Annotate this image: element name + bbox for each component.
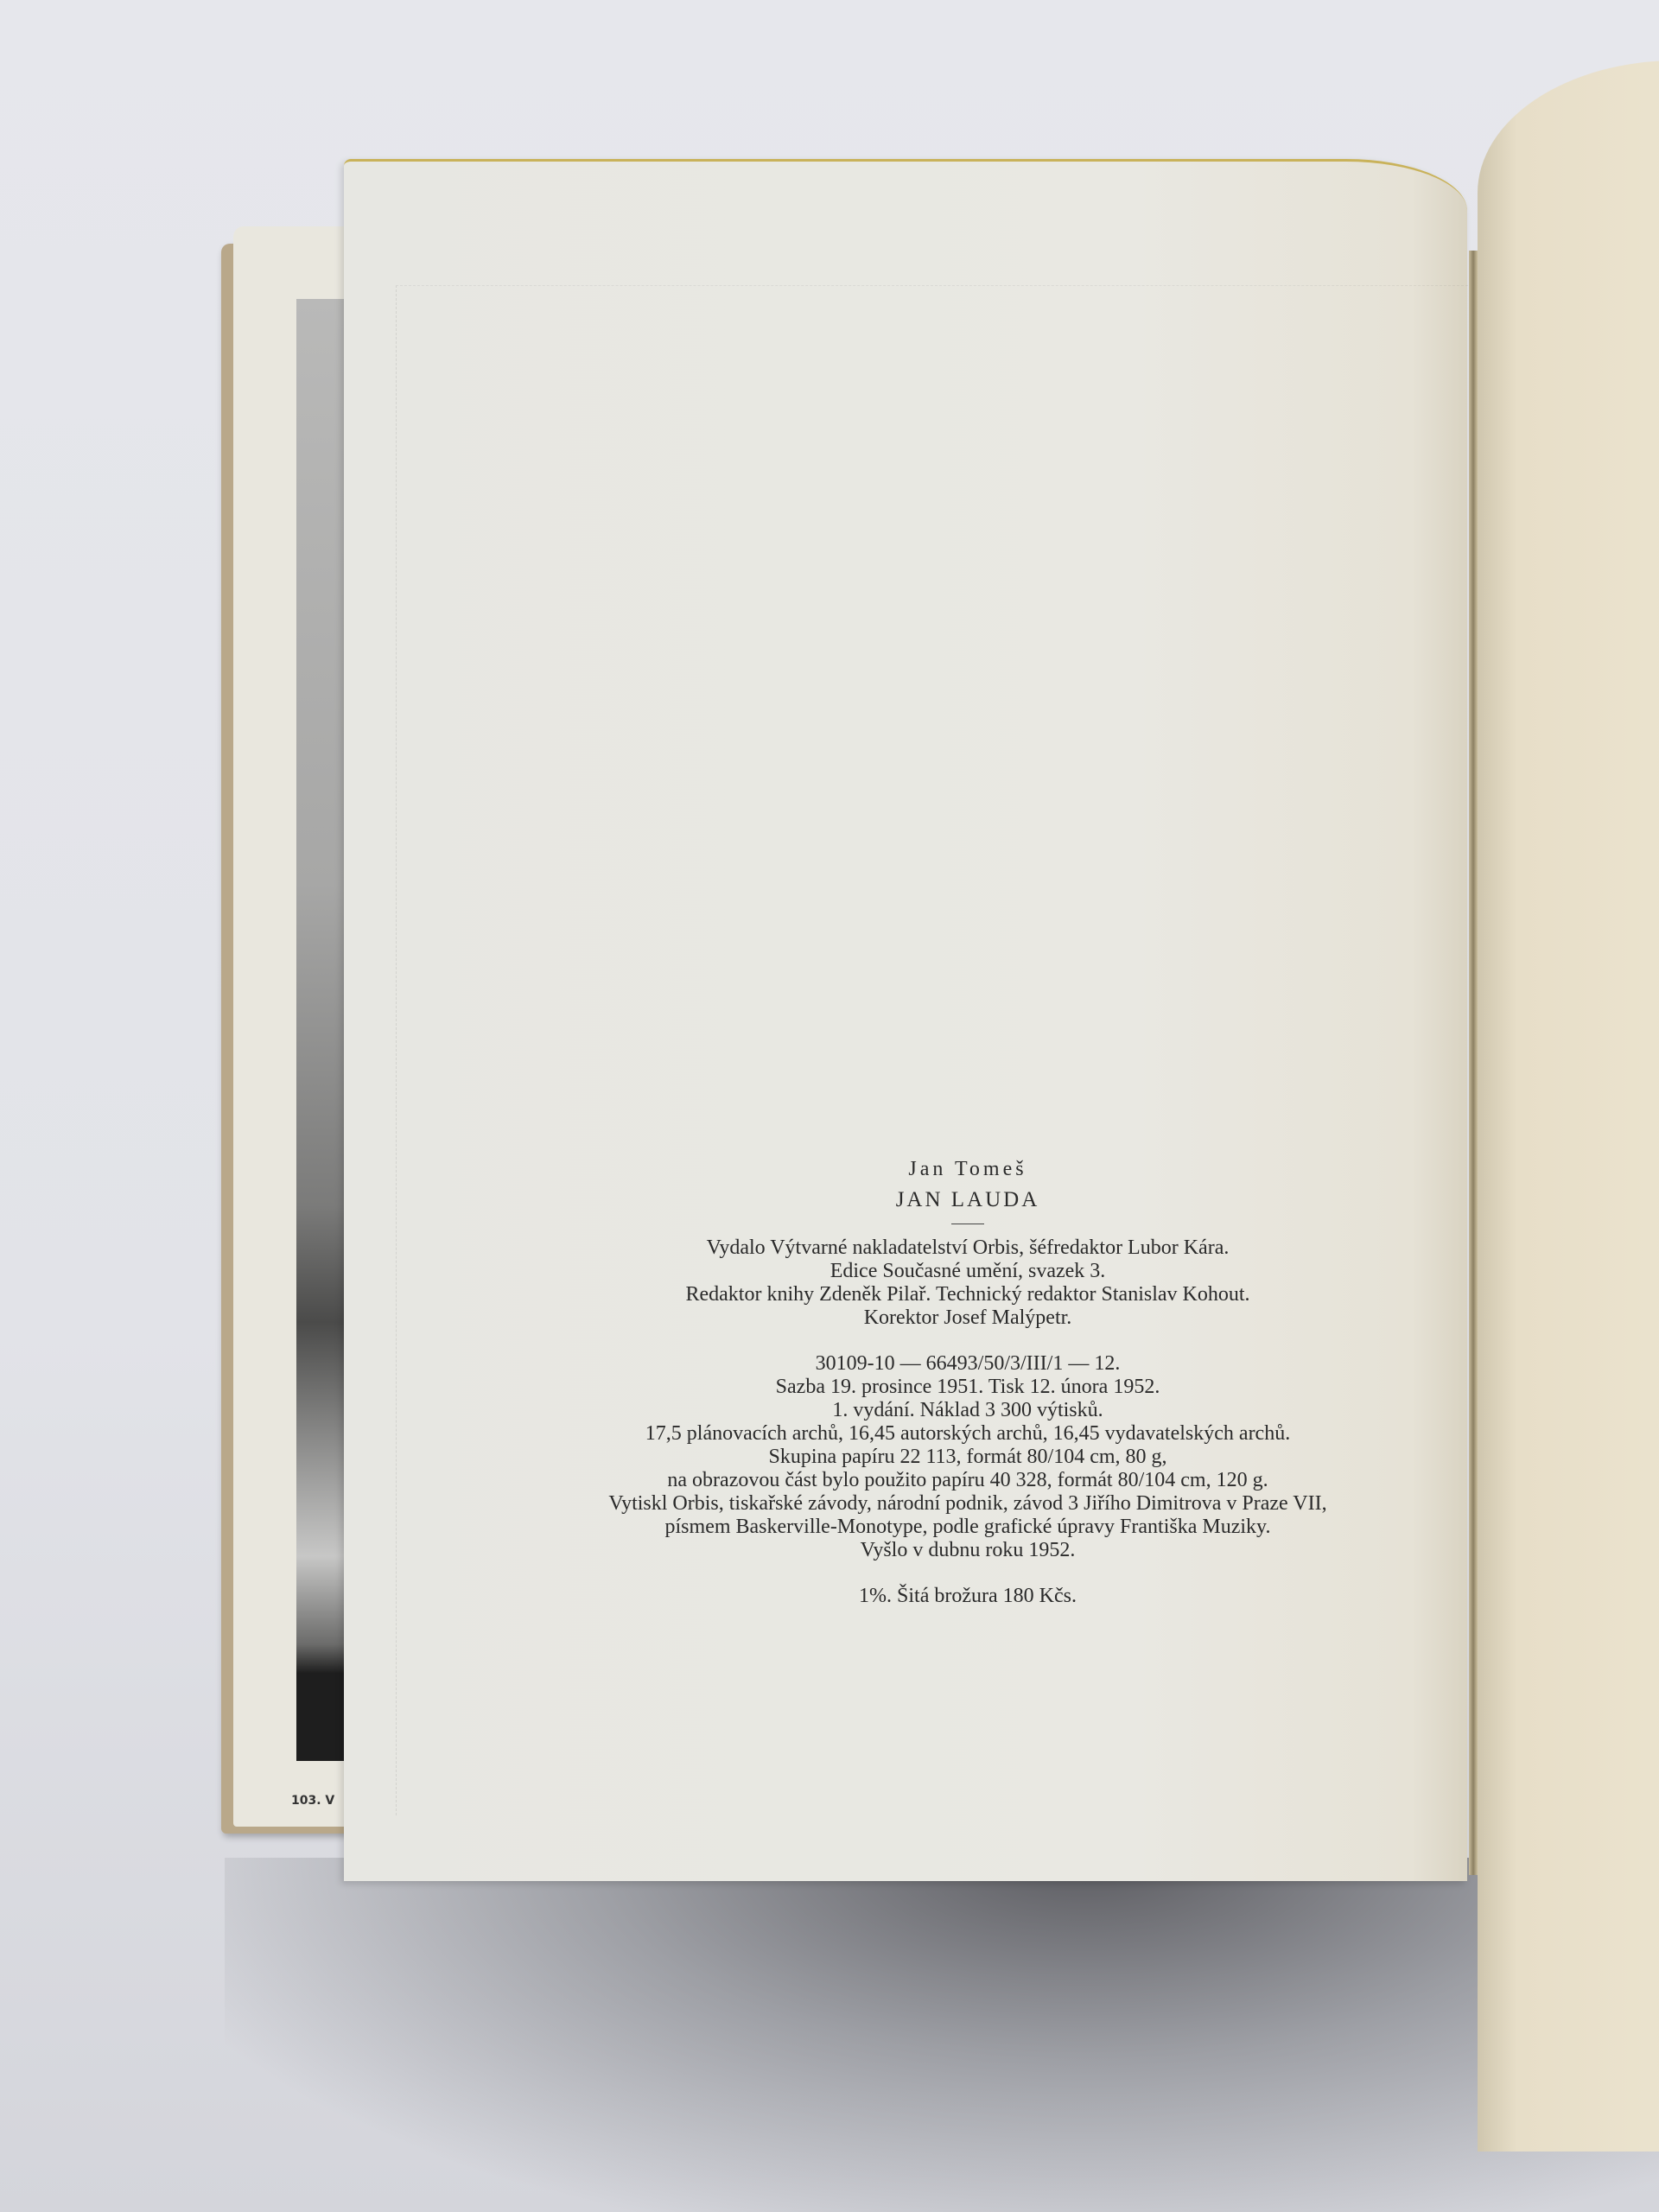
production-block: 30109-10 — 66493/50/3/III/1 — 12. Sazba … xyxy=(553,1352,1382,1562)
colophon-line: Sazba 19. prosince 1951. Tisk 12. února … xyxy=(553,1376,1382,1399)
table-shadow xyxy=(225,1858,1659,2212)
right-page xyxy=(1478,60,1659,2152)
colophon-line: písmem Baskerville-Monotype, podle grafi… xyxy=(553,1516,1382,1539)
author-name: Jan Tomeš xyxy=(553,1158,1382,1181)
book-gutter xyxy=(1469,251,1478,1875)
book-title: JAN LAUDA xyxy=(553,1188,1382,1211)
colophon-line: Redaktor knihy Zdeněk Pilař. Technický r… xyxy=(553,1283,1382,1306)
colophon-line: Vydalo Výtvarné nakladatelství Orbis, šé… xyxy=(553,1236,1382,1260)
left-page-caption: 103. V xyxy=(291,1794,334,1808)
colophon-line: na obrazovou část bylo použito papíru 40… xyxy=(553,1469,1382,1492)
colophon-line: 1. vydání. Náklad 3 300 výtisků. xyxy=(553,1399,1382,1422)
colophon-line: Korektor Josef Malýpetr. xyxy=(553,1306,1382,1330)
price-line: 1%. Šitá brožura 180 Kčs. xyxy=(553,1585,1382,1608)
colophon-line: Edice Současné umění, svazek 3. xyxy=(553,1260,1382,1283)
colophon-line: 17,5 plánovacích archů, 16,45 autorských… xyxy=(553,1422,1382,1446)
left-page-photo-plate xyxy=(296,299,348,1761)
publisher-block: Vydalo Výtvarné nakladatelství Orbis, šé… xyxy=(553,1236,1382,1330)
colophon-line: Skupina papíru 22 113, formát 80/104 cm,… xyxy=(553,1446,1382,1469)
colophon-line: Vytiskl Orbis, tiskařské závody, národní… xyxy=(553,1492,1382,1516)
divider xyxy=(951,1224,984,1224)
colophon: Jan Tomeš JAN LAUDA Vydalo Výtvarné nakl… xyxy=(553,1158,1382,1608)
colophon-line: Vyšlo v dubnu roku 1952. xyxy=(553,1539,1382,1562)
colophon-line: 30109-10 — 66493/50/3/III/1 — 12. xyxy=(553,1352,1382,1376)
